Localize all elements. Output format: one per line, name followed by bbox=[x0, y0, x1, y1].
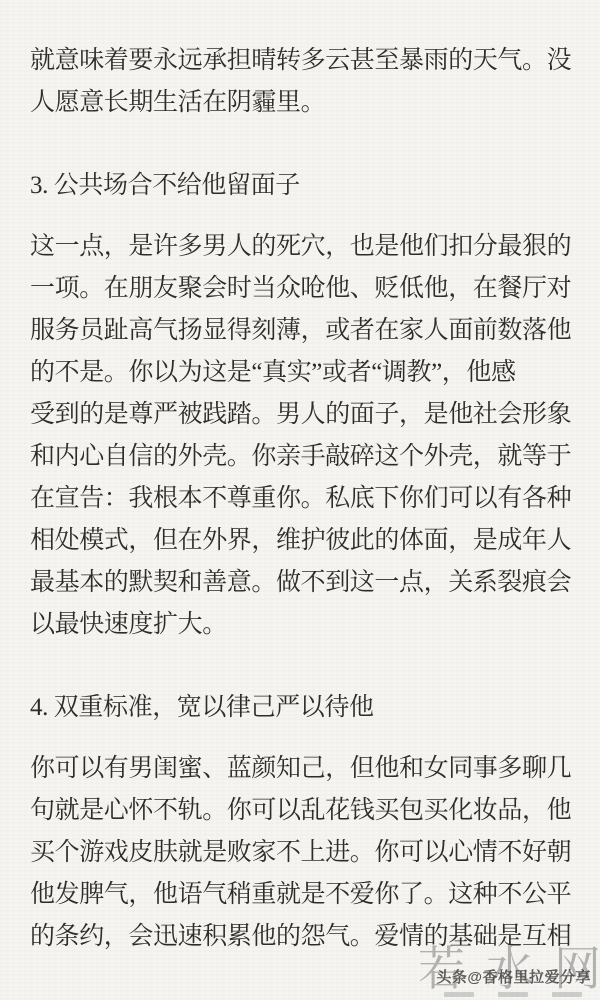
text-line: 在宣告：我根本不尊重你。私底下你们可以有各种 bbox=[30, 478, 574, 520]
text-line: 以最快速度扩大。 bbox=[30, 604, 574, 646]
text-line: 句就是心怀不轨。你可以乱花钱买包买化妆品，他 bbox=[30, 790, 574, 832]
text-line: 相处模式，但在外界，维护彼此的体面，是成年人 bbox=[30, 520, 574, 562]
smudge-mark bbox=[498, 992, 528, 997]
text-line: 服务员趾高气扬显得刻薄，或者在家人面前数落他 bbox=[30, 310, 574, 352]
text-line: 和内心自信的外壳。你亲手敲碎这个外壳，就等于 bbox=[30, 436, 574, 478]
text-line: 就意味着要永远承担晴转多云甚至暴雨的天气。没 bbox=[30, 40, 574, 82]
text-line: 买个游戏皮肤就是败家不上进。你可以心情不好朝 bbox=[30, 832, 574, 874]
watermark-smudge-marks bbox=[444, 992, 582, 997]
section-4-heading: 4. 双重标准，宽以律己严以待他 bbox=[30, 687, 574, 729]
text-line: 的不是。你以为这是“真实”或者“调教”，他感 bbox=[30, 352, 574, 394]
paragraph-intro-continuation: 就意味着要永远承担晴转多云甚至暴雨的天气。没 人愿意长期生活在阴霾里。 bbox=[30, 40, 574, 124]
article-content: 就意味着要永远承担晴转多云甚至暴雨的天气。没 人愿意长期生活在阴霾里。 3. 公… bbox=[0, 0, 600, 958]
text-line: 的条约，会迅速积累他的怨气。爱情的基础是互相 bbox=[30, 916, 574, 958]
text-line: 最基本的默契和善意。做不到这一点，关系裂痕会 bbox=[30, 562, 574, 604]
text-line: 一项。在朋友聚会时当众呛他、贬低他，在餐厅对 bbox=[30, 268, 574, 310]
text-line: 这一点，是许多男人的死穴，也是他们扣分最狠的 bbox=[30, 226, 574, 268]
text-line: 人愿意长期生活在阴霾里。 bbox=[30, 82, 574, 124]
section-3-heading: 3. 公共场合不给他留面子 bbox=[30, 165, 574, 207]
smudge-mark bbox=[552, 992, 582, 997]
section-3-paragraph: 这一点，是许多男人的死穴，也是他们扣分最狠的 一项。在朋友聚会时当众呛他、贬低他… bbox=[30, 226, 574, 646]
text-line: 受到的是尊严被践踏。男人的面子，是他社会形象 bbox=[30, 394, 574, 436]
text-line: 你可以有男闺蜜、蓝颜知己，但他和女同事多聊几 bbox=[30, 748, 574, 790]
credit-watermark: 头条@香格里拉爱分享 bbox=[436, 966, 591, 987]
section-4-paragraph: 你可以有男闺蜜、蓝颜知己，但他和女同事多聊几 句就是心怀不轨。你可以乱花钱买包买… bbox=[30, 748, 574, 958]
smudge-mark bbox=[444, 992, 474, 997]
text-line: 他发脾气，他语气稍重就是不爱你了。这种不公平 bbox=[30, 874, 574, 916]
